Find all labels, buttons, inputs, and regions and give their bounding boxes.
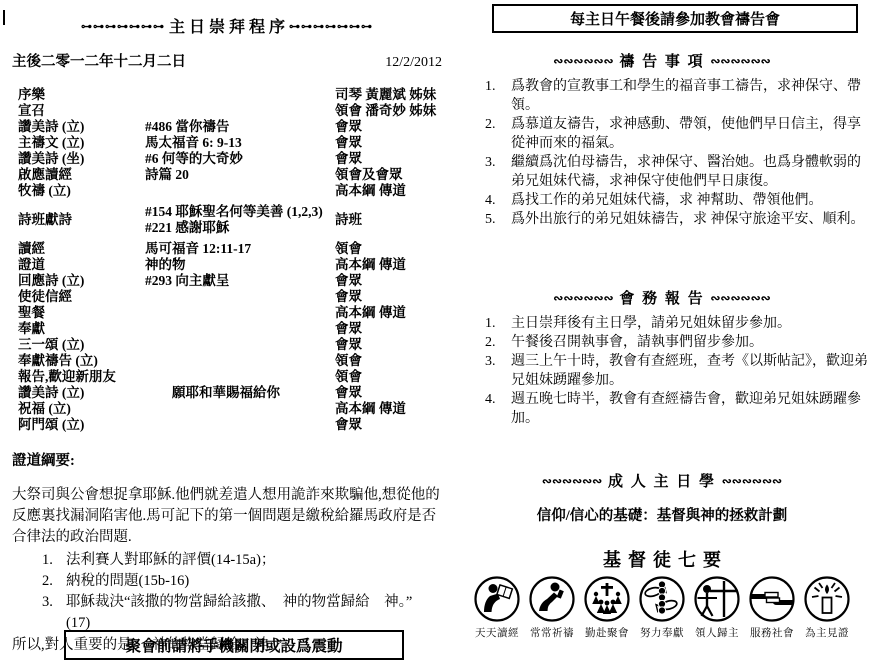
program-person: 會眾 <box>335 273 442 289</box>
program-person: 領會 潘奇妙 姊妹 <box>335 103 442 119</box>
program-row: 啟應讀經 詩篇 20 領會及會眾 <box>18 167 442 183</box>
prayer-item: 5. 爲外出旅行的弟兄姐妹禱告，求 神保守旅途平安、順利。 <box>485 210 872 229</box>
program-row: 讀經 馬可福音 12:11-17 領會 <box>18 241 442 257</box>
announcements-heading: ∾∾∾∾∾∾ 會 務 報 告 ∾∾∾∾∾∾ <box>452 287 872 308</box>
prayer-item-number: 2. <box>485 115 511 153</box>
program-item: 讀經 <box>18 241 145 257</box>
worship-order-title: ⊶⊶⊶⊶⊶⊶⊶ 主 日 崇 拜 程 序 ⊶⊶⊶⊶⊶⊶⊶ <box>12 14 442 37</box>
program-item: 啟應讀經 <box>18 167 145 183</box>
prayer-item: 3. 繼續爲沈伯母禱告，求神保守、醫治她。也爲身體軟弱的弟兄姐妹代禱，求神保守使… <box>485 153 872 191</box>
serving-hands-icon <box>747 575 798 623</box>
worship-order-title-text: 主 日 崇 拜 程 序 <box>169 19 285 36</box>
left-column: ⊶⊶⊶⊶⊶⊶⊶ 主 日 崇 拜 程 序 ⊶⊶⊶⊶⊶⊶⊶ 主後二零一二年十二月二日… <box>12 10 442 656</box>
announcement-item: 3. 週三上午十時，教會有查經班，查考《以斯帖記》，歡迎弟兄姐妹踴躍參加。 <box>485 352 872 390</box>
essential-label: 服務社會 <box>747 625 798 640</box>
program-person: 會眾 <box>335 321 442 337</box>
sermon-point-text: 耶穌裁決“該撒的物當歸給該撒、 神的物當歸給 神。” (17) <box>66 592 442 634</box>
sermon-outline-heading: 證道綱要: <box>12 449 442 470</box>
announcement-item-text: 週三上午十時，教會有查經班，查考《以斯帖記》，歡迎弟兄姐妹踴躍參加。 <box>511 352 872 390</box>
announcement-item-number: 1. <box>485 314 511 333</box>
program-person: 領會 <box>335 369 442 385</box>
prayer-item-number: 3. <box>485 153 511 191</box>
prayer-meeting-banner: 每主日午餐後請參加教會禱告會 <box>492 4 858 33</box>
scroll-ornament-left: ∾∾∾∾∾∾ <box>542 474 602 488</box>
bulletin-page: ⊶⊶⊶⊶⊶⊶⊶ 主 日 崇 拜 程 序 ⊶⊶⊶⊶⊶⊶⊶ 主後二零一二年十二月二日… <box>0 0 876 671</box>
program-item: 牧禱 (立) <box>18 183 145 199</box>
essential-label: 天天讀經 <box>472 625 523 640</box>
seven-essentials-row: 天天讀經 常常祈禱 <box>452 575 872 640</box>
prayer-item-text: 爲教會的宣教事工和學生的福音事工禱告，求神保守、帶領。 <box>511 77 872 115</box>
program-person: 高本綱 傳道 <box>335 305 442 321</box>
program-item: 讚美詩 (坐) <box>18 151 145 167</box>
program-item: 詩班獻詩 <box>18 212 145 228</box>
prayer-item: 2. 爲慕道友禱告，求神感動、帶領，使他們早日信主，得享從神而來的福氣。 <box>485 115 872 153</box>
prayer-items-heading: ∾∾∾∾∾∾ 禱 告 事 項 ∾∾∾∾∾∾ <box>452 50 872 71</box>
program-person: 司琴 黃麗斌 姊妹 <box>335 87 442 103</box>
essential-pray: 常常祈禱 <box>527 575 578 640</box>
sermon-point: 1. 法利賽人對耶穌的評價(14-15a)； <box>42 550 442 571</box>
program-detail: #154 耶穌聖名何等美善 (1,2,3) #221 感謝耶穌 <box>145 204 335 236</box>
program-item: 使徒信經 <box>18 289 145 305</box>
scroll-ornament-right: ∾∾∾∾∾∾ <box>710 54 770 68</box>
essential-attend-meetings: 勤赴聚會 <box>582 575 633 640</box>
essential-offering: 努力奉獻 <box>637 575 688 640</box>
program-item: 奉獻禱告 (立) <box>18 353 145 369</box>
program-item: 主禱文 (立) <box>18 135 145 151</box>
program-detail: #293 向主獻呈 <box>145 273 335 289</box>
essential-label: 勤赴聚會 <box>582 625 633 640</box>
program-person: 會眾 <box>335 417 442 433</box>
chain-ornament-left: ⊶⊶⊶⊶⊶⊶⊶ <box>81 21 165 33</box>
sermon-point-number: 2. <box>42 571 66 592</box>
program-row: 主禱文 (立) 馬太福音 6: 9-13 會眾 <box>18 135 442 151</box>
program-row: 讚美詩 (立) 願耶和華賜福給你 會眾 <box>18 385 442 401</box>
sermon-intro: 大祭司與公會想捉拿耶穌.他們就差遣人想用詭詐來欺騙他,想從他的反應裏找漏洞陷害他… <box>12 485 442 548</box>
program-person: 會眾 <box>335 135 442 151</box>
program-detail: 馬太福音 6: 9-13 <box>145 135 335 151</box>
program-row: 回應詩 (立) #293 向主獻呈 會眾 <box>18 273 442 289</box>
program-item: 證道 <box>18 257 145 273</box>
sermon-point-text: 納稅的問題(15b-16) <box>66 571 442 592</box>
prayer-item-number: 5. <box>485 210 511 229</box>
program-item: 聖餐 <box>18 305 145 321</box>
program-row: 祝福 (立) 高本綱 傳道 <box>18 401 442 417</box>
program-item: 讚美詩 (立) <box>18 119 145 135</box>
program-row: 證道 神的物 高本綱 傳道 <box>18 257 442 273</box>
program-row: 使徒信經 會眾 <box>18 289 442 305</box>
sermon-point-number: 1. <box>42 550 66 571</box>
announcements-heading-text: 會 務 報 告 <box>619 291 704 307</box>
sermon-point-text: 法利賽人對耶穌的評價(14-15a)； <box>66 550 442 571</box>
program-person: 會眾 <box>335 385 442 401</box>
announcement-item-text: 主日崇拜後有主日學，請弟兄姐妹留步參加。 <box>511 314 872 333</box>
program-person: 高本綱 傳道 <box>335 401 442 417</box>
essential-serve-society: 服務社會 <box>747 575 798 640</box>
program-person: 詩班 <box>335 212 442 228</box>
program-row: 奉獻 會眾 <box>18 321 442 337</box>
prayer-item: 4. 爲找工作的弟兄姐妹代禱，求 神幫助、帶領他們。 <box>485 191 872 210</box>
program-item: 三一頌 (立) <box>18 337 145 353</box>
program-detail: 願耶和華賜福給你 <box>145 385 335 401</box>
announcements-list: 1. 主日崇拜後有主日學，請弟兄姐妹留步參加。 2. 午餐後召開執事會，請執事們… <box>452 314 872 428</box>
prayer-item: 1. 爲教會的宣教事工和學生的福音事工禱告，求神保守、帶領。 <box>485 77 872 115</box>
prayer-item-text: 爲外出旅行的弟兄姐妹禱告，求 神保守旅途平安、順利。 <box>511 210 872 229</box>
program-item: 祝福 (立) <box>18 401 145 417</box>
announcement-item-text: 週五晚七時半，教會有查經禱告會，歡迎弟兄姐妹踴躍參加。 <box>511 390 872 428</box>
program-detail: #486 當你禱告 <box>145 119 335 135</box>
prayer-items-heading-text: 禱 告 事 項 <box>619 54 704 70</box>
chain-ornament-right: ⊶⊶⊶⊶⊶⊶⊶ <box>289 21 373 33</box>
program-row: 讚美詩 (坐) #6 何等的大奇妙 會眾 <box>18 151 442 167</box>
announcement-item: 2. 午餐後召開執事會，請執事們留步參加。 <box>485 333 872 352</box>
essential-read-bible: 天天讀經 <box>472 575 523 640</box>
program-item: 序樂 <box>18 87 145 103</box>
program-table: 序樂 司琴 黃麗斌 姊妹 宣召 領會 潘奇妙 姊妹 讚美詩 (立) #486 當… <box>12 87 442 433</box>
program-person: 會眾 <box>335 151 442 167</box>
loaves-fishes-icon <box>637 575 688 623</box>
program-person: 高本綱 傳道 <box>335 183 442 199</box>
phone-notice-box: 聚會前請將手機關閉或設爲震動 <box>64 630 404 660</box>
program-item: 報告,歡迎新朋友 <box>18 369 145 385</box>
seven-essentials-title: 基督徒七要 <box>452 546 872 572</box>
prayer-item-text: 爲找工作的弟兄姐妹代禱，求 神幫助、帶領他們。 <box>511 191 872 210</box>
sermon-point-number: 3. <box>42 592 66 634</box>
program-row: 報告,歡迎新朋友 領會 <box>18 369 442 385</box>
announcement-item-text: 午餐後召開執事會，請執事們留步參加。 <box>511 333 872 352</box>
program-row: 序樂 司琴 黃麗斌 姊妹 <box>18 87 442 103</box>
prayer-item-text: 爲慕道友禱告，求神感動、帶領，使他們早日信主，得享從神而來的福氣。 <box>511 115 872 153</box>
program-item: 宣召 <box>18 103 145 119</box>
program-person: 高本綱 傳道 <box>335 257 442 273</box>
program-item: 回應詩 (立) <box>18 273 145 289</box>
announcement-item-number: 2. <box>485 333 511 352</box>
prayer-item-number: 4. <box>485 191 511 210</box>
praying-icon <box>527 575 578 623</box>
program-item: 讚美詩 (立) <box>18 385 145 401</box>
date-chinese: 主後二零一二年十二月二日 <box>12 50 186 71</box>
congregation-cross-icon <box>582 575 633 623</box>
program-row: 詩班獻詩 #154 耶穌聖名何等美善 (1,2,3) #221 感謝耶穌 詩班 <box>18 204 442 236</box>
essential-witness: 為主見證 <box>802 575 853 640</box>
person-cross-icon <box>692 575 743 623</box>
program-person: 會眾 <box>335 289 442 305</box>
prayer-items-list: 1. 爲教會的宣教事工和學生的福音事工禱告，求神保守、帶領。 2. 爲慕道友禱告… <box>452 77 872 229</box>
scroll-ornament-left: ∾∾∾∾∾∾ <box>553 54 613 68</box>
program-person: 會眾 <box>335 119 442 135</box>
program-item: 阿門頌 (立) <box>18 417 145 433</box>
announcement-item: 1. 主日崇拜後有主日學，請弟兄姐妹留步參加。 <box>485 314 872 333</box>
announcement-item-number: 3. <box>485 352 511 390</box>
program-detail: 神的物 <box>145 257 335 273</box>
prayer-item-number: 1. <box>485 77 511 115</box>
program-row: 奉獻禱告 (立) 領會 <box>18 353 442 369</box>
announcement-item: 4. 週五晚七時半，教會有查經禱告會，歡迎弟兄姐妹踴躍參加。 <box>485 390 872 428</box>
adult-sunday-school-heading-text: 成 人 主 日 學 <box>608 474 716 490</box>
program-person: 領會 <box>335 353 442 369</box>
program-person: 領會 <box>335 241 442 257</box>
program-person: 會眾 <box>335 337 442 353</box>
program-item: 奉獻 <box>18 321 145 337</box>
adult-sunday-school-heading: ∾∾∾∾∾∾ 成 人 主 日 學 ∾∾∾∾∾∾ <box>452 470 872 491</box>
announcement-item-number: 4. <box>485 390 511 428</box>
scroll-ornament-right: ∾∾∾∾∾∾ <box>710 291 770 305</box>
program-detail: #6 何等的大奇妙 <box>145 151 335 167</box>
essential-lead-to-christ: 領人歸主 <box>692 575 743 640</box>
program-person: 領會及會眾 <box>335 167 442 183</box>
right-column: 每主日午餐後請參加教會禱告會 ∾∾∾∾∾∾ 禱 告 事 項 ∾∾∾∾∾∾ 1. … <box>452 4 872 640</box>
essential-label: 常常祈禱 <box>527 625 578 640</box>
prayer-item-text: 繼續爲沈伯母禱告，求神保守、醫治她。也爲身體軟弱的弟兄姐妹代禱，求神保守使他們早… <box>511 153 872 191</box>
date-numeric: 12/2/2012 <box>385 55 442 71</box>
essential-label: 努力奉獻 <box>637 625 688 640</box>
program-row: 阿門頌 (立) 會眾 <box>18 417 442 433</box>
date-row: 主後二零一二年十二月二日 12/2/2012 <box>12 50 442 71</box>
reading-bible-icon <box>472 575 523 623</box>
essential-label: 為主見證 <box>802 625 853 640</box>
essential-label: 領人歸主 <box>692 625 743 640</box>
sunday-school-topic: 信仰/信心的基礎：基督與神的拯救計劃 <box>452 504 872 525</box>
program-detail: 詩篇 20 <box>145 167 335 183</box>
program-row: 讚美詩 (立) #486 當你禱告 會眾 <box>18 119 442 135</box>
program-row: 宣召 領會 潘奇妙 姊妹 <box>18 103 442 119</box>
sermon-point: 3. 耶穌裁決“該撒的物當歸給該撒、 神的物當歸給 神。” (17) <box>42 592 442 634</box>
sermon-point: 2. 納稅的問題(15b-16) <box>42 571 442 592</box>
program-row: 聖餐 高本綱 傳道 <box>18 305 442 321</box>
program-row: 牧禱 (立) 高本綱 傳道 <box>18 183 442 199</box>
program-detail: 馬可福音 12:11-17 <box>145 241 335 257</box>
sermon-points: 1. 法利賽人對耶穌的評價(14-15a)； 2. 納稅的問題(15b-16) … <box>12 550 442 634</box>
stray-mark <box>3 10 5 25</box>
scroll-ornament-right: ∾∾∾∾∾∾ <box>722 474 782 488</box>
scroll-ornament-left: ∾∾∾∾∾∾ <box>553 291 613 305</box>
program-row: 三一頌 (立) 會眾 <box>18 337 442 353</box>
candle-light-icon <box>802 575 853 623</box>
